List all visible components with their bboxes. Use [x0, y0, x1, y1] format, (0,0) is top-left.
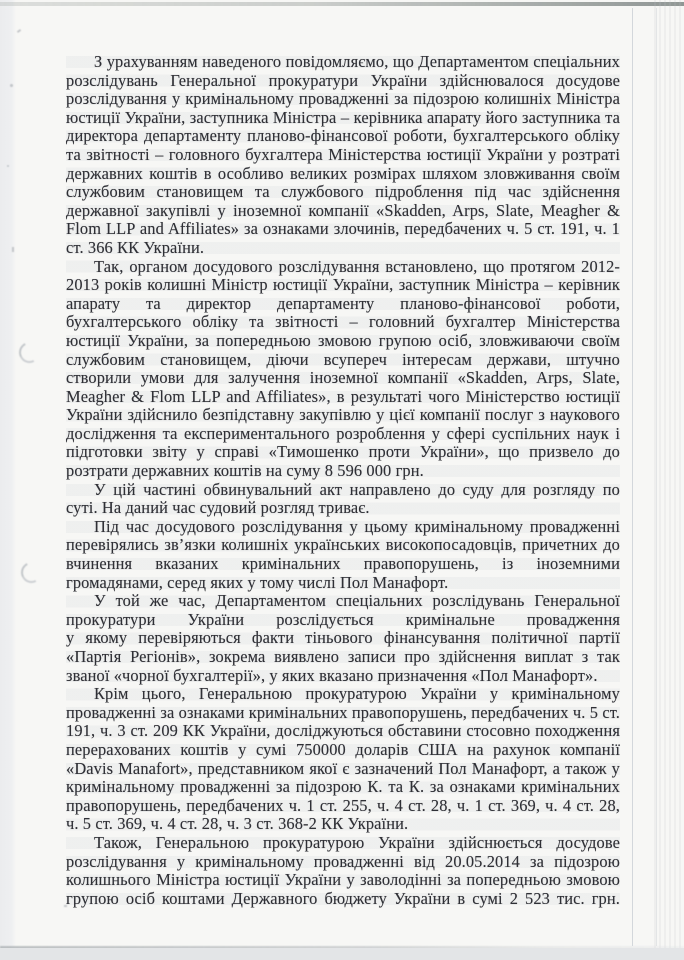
paragraph-2: Так, органом досудового розслідування вс… [66, 258, 620, 481]
paragraph-5-part-2: у якому перевіряються факти тіньового фі… [66, 629, 620, 685]
scan-speck [12, 247, 14, 252]
paragraph-3: У цій частині обвинувальний акт направле… [66, 481, 620, 518]
punch-hole-mark-top [16, 339, 42, 365]
punch-hole-mark-bottom [18, 559, 44, 585]
scan-speck [10, 84, 13, 87]
scan-left-strip [0, 0, 16, 960]
scan-speck [7, 165, 9, 167]
scanned-page: З урахуванням наведеного повідомляємо, щ… [0, 0, 684, 960]
paragraph-7: Також, Генеральною прокуратурою України … [66, 834, 620, 908]
page-fold-line-secondary [656, 8, 657, 946]
paragraph-5-part-1: У той же час, Департаментом спеціальних … [66, 592, 620, 629]
document-text: З урахуванням наведеного повідомляємо, щ… [66, 53, 620, 908]
paragraph-6: Крім цього, Генеральною прокуратурою Укр… [66, 685, 620, 834]
scan-bottom-strip [0, 948, 684, 960]
paragraph-4: Під час досудового розслідування у цьому… [66, 518, 620, 592]
scan-right-texture [654, 0, 684, 960]
scan-speck [17, 29, 21, 33]
page-fold-line [632, 8, 633, 946]
paragraph-1: З урахуванням наведеного повідомляємо, щ… [66, 53, 620, 258]
scan-top-edge [0, 2, 684, 6]
